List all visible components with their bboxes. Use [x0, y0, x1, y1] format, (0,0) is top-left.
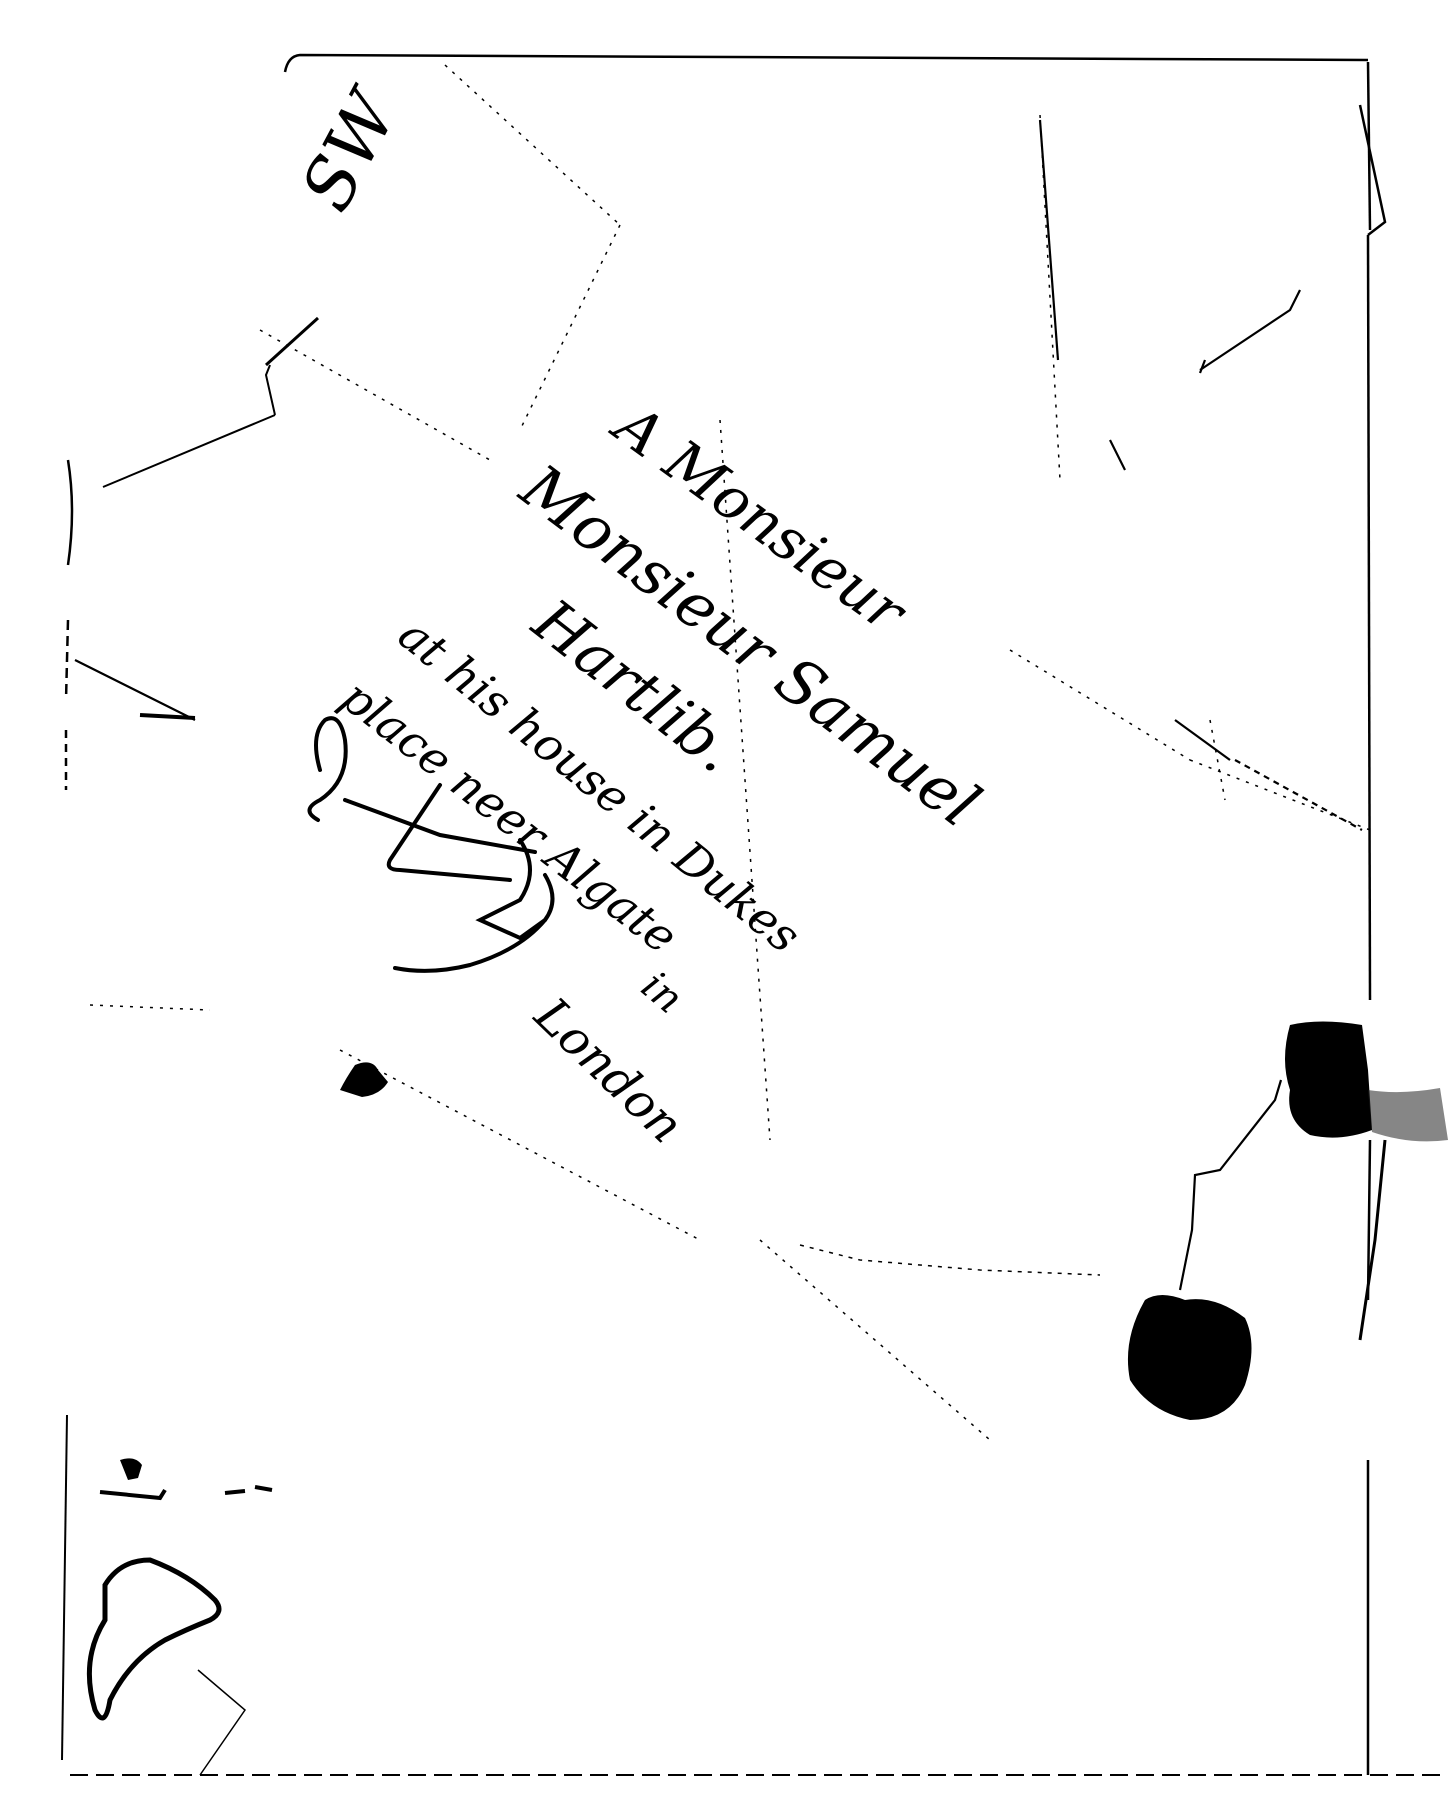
- dash-mark: [255, 1487, 272, 1490]
- dash-mark: [225, 1491, 245, 1493]
- letter-sheet: SW A Monsieur Monsieur Samuel Hartlib. a…: [0, 0, 1448, 1818]
- paper-stain: [89, 1560, 219, 1718]
- torn-edge: [103, 318, 318, 487]
- wax-seal-lower: [1128, 1295, 1252, 1420]
- ink-blot: [340, 1062, 388, 1097]
- wax-seal-upper: [1285, 1022, 1372, 1138]
- dash-mark: [100, 1490, 165, 1498]
- seal-residue: [1368, 1088, 1448, 1141]
- ink-blots: [100, 1062, 388, 1498]
- wax-seals: [1128, 1022, 1448, 1421]
- fold-lines: [75, 120, 1385, 1775]
- small-blot: [120, 1458, 142, 1480]
